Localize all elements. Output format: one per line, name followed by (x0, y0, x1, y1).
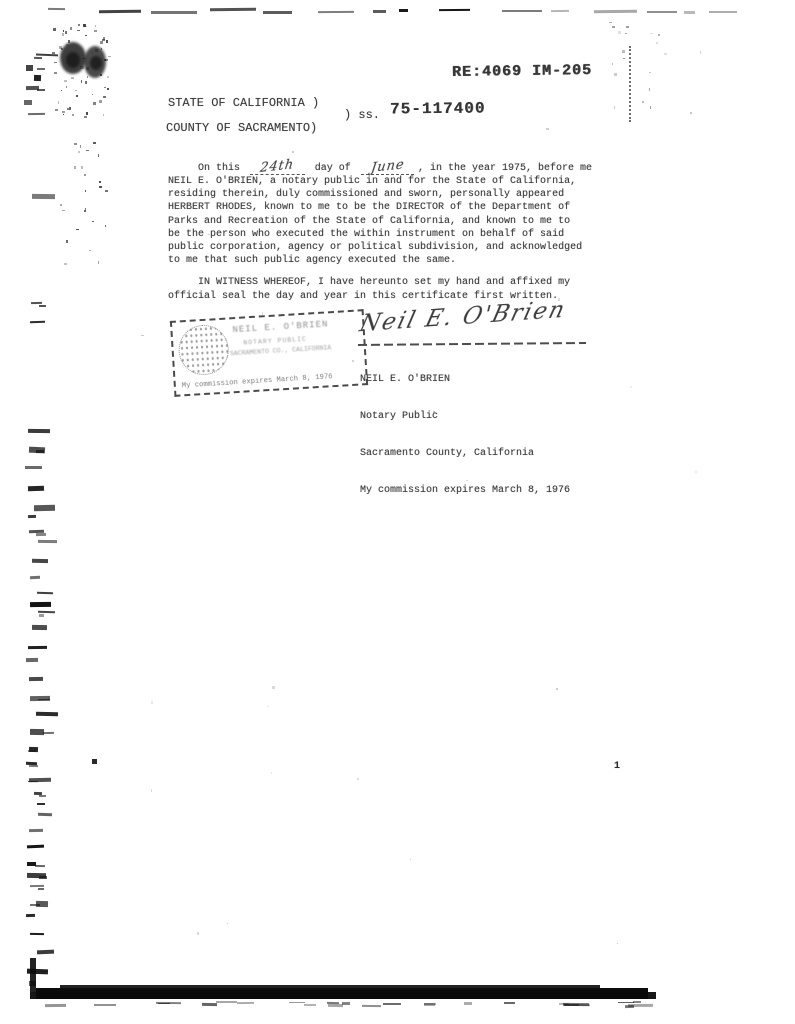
scan-mark (28, 646, 47, 649)
scan-mark (108, 56, 111, 57)
scan-mark (36, 450, 44, 453)
scanned-document-page: RE:4069 IM-205 STATE OF CALIFORNIA ) ) s… (0, 0, 795, 1024)
scan-mark (151, 701, 153, 703)
scan-mark (37, 950, 54, 954)
scan-mark (61, 90, 62, 91)
scan-mark (45, 1004, 66, 1007)
scan-mark (31, 302, 42, 304)
scan-mark (100, 74, 102, 77)
scan-mark (617, 943, 618, 944)
scan-mark (357, 778, 360, 781)
scan-mark (84, 174, 86, 176)
scan-mark (267, 706, 268, 707)
scan-mark (93, 142, 96, 144)
scan-mark (80, 66, 83, 69)
scan-mark (86, 26, 87, 27)
scan-mark (84, 210, 86, 212)
scan-mark (292, 151, 293, 152)
scan-mark (32, 194, 55, 200)
scan-mark (103, 37, 106, 40)
scan-mark (502, 10, 542, 12)
scan-mark (27, 968, 48, 973)
scan-mark (28, 113, 45, 116)
signer-title: Notary Public (360, 411, 570, 423)
scan-mark (54, 72, 57, 74)
scan-mark (84, 116, 87, 118)
scan-mark (43, 732, 54, 735)
scan-mark (100, 41, 102, 44)
scan-mark (649, 88, 650, 91)
scan-mark (107, 88, 109, 89)
scan-mark (626, 26, 628, 28)
scan-mark (27, 862, 36, 866)
scan-mark (29, 530, 44, 534)
scan-mark (304, 1004, 316, 1006)
scan-mark (141, 335, 144, 336)
scan-mark (633, 1001, 641, 1003)
scan-smudge (90, 56, 102, 70)
scan-mark (34, 505, 55, 511)
scan-mark (32, 625, 47, 630)
scan-mark (28, 750, 36, 752)
scan-mark (81, 166, 83, 169)
scan-mark (227, 923, 228, 924)
scan-mark (66, 44, 68, 45)
scan-mark (28, 429, 50, 434)
scan-mark (151, 11, 197, 14)
scan-mark (64, 263, 67, 265)
scan-mark (63, 114, 64, 116)
scan-mark (612, 63, 614, 65)
scan-mark (92, 759, 97, 764)
scan-mark (612, 26, 615, 27)
scan-mark (105, 225, 107, 226)
signature-typed-block: NEIL E. O'BRIEN Notary Public Sacramento… (360, 349, 570, 523)
ack-between: day of (309, 162, 357, 175)
scan-mark (87, 76, 89, 77)
scan-mark (30, 576, 40, 579)
scan-mark (26, 658, 38, 662)
scan-mark (271, 772, 273, 774)
scan-mark (62, 210, 65, 211)
scan-mark (658, 34, 660, 37)
scan-mark (55, 109, 58, 111)
scan-mark (92, 52, 94, 54)
scan-mark (54, 62, 57, 64)
scan-mark (628, 1003, 653, 1006)
scan-mark (37, 592, 53, 595)
scan-mark (37, 803, 45, 805)
scan-mark (695, 471, 697, 473)
scan-mark (28, 515, 36, 519)
scan-mark (107, 76, 109, 78)
scan-mark (69, 107, 71, 110)
scan-mark (68, 40, 70, 43)
scan-mark (31, 559, 47, 564)
scan-mark (83, 24, 85, 27)
scan-mark (85, 81, 87, 84)
scan-mark (650, 33, 653, 34)
scan-mark (82, 66, 85, 69)
scan-mark (62, 33, 64, 36)
scan-mark (29, 677, 43, 682)
scan-mark (76, 95, 78, 96)
scan-mark (618, 1002, 634, 1003)
scan-mark (34, 75, 41, 81)
scan-mark (563, 1003, 589, 1006)
scan-mark (197, 932, 199, 935)
scan-mark (103, 96, 106, 98)
day-blank-field: 24th (250, 161, 305, 175)
scan-mark (709, 11, 737, 13)
scan-mark (158, 1003, 170, 1004)
month-blank-field: June (361, 161, 414, 175)
scan-mark (614, 106, 615, 108)
scan-mark (30, 602, 51, 607)
scan-mark (30, 933, 44, 936)
scan-mark (86, 150, 89, 151)
signer-expiry: My commission expires March 8, 1976 (360, 485, 570, 497)
scan-mark (86, 67, 89, 70)
scan-smudge (66, 52, 80, 68)
scan-mark (94, 1003, 116, 1005)
scan-mark (78, 151, 80, 154)
scan-mark (62, 111, 65, 113)
scan-mark (38, 540, 57, 543)
scan-mark (80, 145, 82, 148)
ack-line1-end: , in the year 1975, before me (418, 162, 592, 175)
scan-mark (609, 22, 611, 24)
scan-mark (26, 65, 33, 71)
scan-mark (63, 30, 65, 32)
scan-mark (642, 101, 644, 103)
venue-ss-line: ) ss. (344, 108, 380, 122)
scan-mark (424, 1003, 435, 1006)
scan-mark (210, 8, 256, 12)
scan-mark (38, 888, 44, 890)
scan-mark (618, 31, 621, 33)
scan-mark (74, 166, 76, 169)
page-mark: 1 (614, 761, 620, 772)
scan-mark (92, 94, 93, 96)
scan-mark (362, 1004, 381, 1006)
scan-mark (684, 11, 695, 14)
scan-mark (35, 865, 45, 867)
scan-mark (67, 108, 69, 111)
scan-mark (289, 1002, 305, 1003)
instrument-number: 75-117400 (390, 100, 486, 119)
scan-mark (30, 885, 44, 887)
scan-mark (89, 250, 91, 252)
scan-smudge (36, 988, 648, 999)
scan-mark (58, 101, 59, 104)
scan-mark (29, 778, 51, 782)
scan-mark (29, 981, 36, 986)
scan-mark (98, 154, 99, 157)
scan-mark (690, 112, 692, 114)
scan-mark (61, 48, 63, 50)
scan-mark (546, 128, 549, 131)
scan-mark (101, 48, 103, 50)
scan-mark (77, 30, 80, 31)
scan-mark (59, 46, 62, 49)
scan-mark (551, 10, 569, 13)
scan-mark (373, 10, 386, 13)
scan-mark (76, 229, 78, 230)
scan-mark (594, 10, 637, 14)
scan-mark (656, 42, 658, 44)
scan-mark (81, 80, 82, 83)
scan-mark (29, 765, 38, 767)
scan-mark (272, 686, 274, 689)
scan-mark (664, 53, 667, 54)
scan-mark (64, 80, 67, 82)
acknowledgment-body: NEIL E. O'BRIEN, a notary public in and … (168, 175, 592, 267)
signer-name: NEIL E. O'BRIEN (360, 374, 570, 386)
scan-mark (556, 688, 558, 690)
scan-mark (39, 305, 46, 307)
scan-mark (105, 190, 108, 192)
scan-mark (328, 1004, 343, 1007)
scan-mark (650, 106, 651, 109)
scan-mark (29, 829, 43, 832)
scan-mark (99, 181, 101, 183)
scan-mark (99, 10, 141, 14)
scan-mark (106, 40, 108, 42)
scan-mark (103, 114, 105, 116)
scan-mark (66, 240, 69, 243)
scan-mark (38, 813, 52, 816)
scan-mark (564, 1004, 579, 1006)
scan-mark (104, 87, 106, 88)
venue-county-line: COUNTY OF SACRAMENTO) (166, 121, 317, 135)
notary-rubber-stamp: NEIL E. O'BRIEN NOTARY PUBLIC SACRAMENTO… (170, 309, 368, 397)
scan-mark (39, 614, 44, 617)
scan-mark (38, 610, 56, 613)
scan-mark (622, 50, 624, 53)
scan-mark (151, 789, 152, 791)
scan-mark (318, 11, 354, 14)
scan-mark (156, 1002, 181, 1004)
scan-mark (410, 859, 411, 861)
scan-mark (39, 876, 47, 879)
signer-location: Sacramento County, California (360, 448, 570, 460)
scan-mark (104, 59, 106, 61)
acknowledgment-line1: On this 24th day of June, in the year 19… (168, 160, 592, 175)
scan-mark (70, 27, 73, 29)
scan-mark (623, 58, 625, 59)
scan-mark (71, 77, 74, 79)
scan-mark (625, 33, 627, 34)
scan-smudge (30, 992, 656, 999)
scan-mark (26, 914, 35, 917)
signature-line (358, 342, 586, 346)
acknowledgment-paragraph: On this 24th day of June, in the year 19… (168, 160, 592, 303)
scan-mark (95, 49, 98, 52)
stamp-notary-name: NEIL E. O'BRIEN (232, 319, 328, 335)
scan-mark (263, 10, 292, 13)
scan-mark (383, 1003, 401, 1005)
scan-mark (37, 89, 45, 91)
scan-mark (99, 100, 102, 103)
scan-mark (28, 485, 44, 491)
scan-mark (327, 1002, 339, 1004)
scan-mark (36, 901, 48, 907)
scan-mark (649, 72, 651, 73)
venue-state-line: STATE OF CALIFORNIA ) (168, 96, 319, 110)
scan-mark (438, 9, 469, 11)
scan-mark (27, 873, 46, 879)
scan-mark (37, 68, 45, 70)
scan-mark (625, 1005, 634, 1008)
scan-mark (424, 1003, 436, 1006)
stamp-notary-title: NOTARY PUBLIC (243, 336, 307, 347)
scan-mark (30, 904, 40, 906)
scan-mark (99, 186, 102, 189)
scan-mark (30, 696, 50, 701)
scan-mark (93, 102, 96, 105)
scan-smudge (30, 958, 36, 992)
scan-mark (504, 1002, 515, 1004)
scan-mark (105, 59, 107, 61)
scan-mark (78, 24, 80, 26)
scan-smudge (84, 46, 106, 78)
ack-opening: On this (198, 162, 246, 175)
recorder-stamp-text: RE:4069 IM-205 (452, 62, 592, 81)
scan-mark (66, 86, 67, 88)
scan-mark (48, 8, 65, 11)
scan-mark (30, 320, 45, 323)
scan-mark (29, 747, 38, 752)
scan-mark (34, 57, 42, 59)
scan-mark (95, 25, 97, 27)
scan-mark (98, 261, 100, 264)
dotted-vertical-mark (629, 46, 631, 122)
scan-mark (25, 466, 42, 469)
scan-mark (342, 1002, 350, 1005)
scan-mark (34, 792, 42, 796)
stamp-commission-expiry: My commission expires March 8, 1976 (182, 373, 333, 390)
scan-mark (464, 1002, 472, 1005)
scan-smudge (60, 42, 86, 74)
scan-mark (60, 204, 62, 206)
scan-mark (30, 729, 44, 735)
scan-mark (700, 51, 701, 54)
scan-mark (85, 35, 87, 36)
scan-mark (53, 28, 56, 30)
scan-mark (36, 54, 58, 57)
scan-mark (75, 90, 77, 91)
scan-mark (36, 711, 58, 715)
scan-mark (36, 533, 46, 536)
scan-mark (82, 58, 85, 59)
scan-mark (74, 143, 77, 145)
notary-seal-icon (177, 324, 230, 377)
scan-mark (85, 190, 86, 192)
scan-mark (52, 52, 55, 54)
scan-mark (559, 1003, 569, 1005)
handwritten-month: June (370, 158, 405, 175)
scan-mark (614, 73, 616, 75)
scan-mark (647, 11, 677, 13)
scan-mark (202, 1003, 217, 1006)
scan-mark (38, 699, 50, 700)
scan-mark (26, 86, 39, 90)
scan-mark (237, 1002, 254, 1004)
scan-mark (25, 762, 36, 765)
scan-mark (29, 447, 45, 453)
scan-mark (27, 844, 44, 848)
scan-mark (94, 30, 97, 32)
scan-mark (102, 39, 105, 41)
scan-mark (216, 1001, 237, 1003)
scan-mark (630, 386, 632, 389)
scan-mark (399, 9, 408, 12)
scan-smudge (60, 985, 600, 990)
handwritten-day: 24th (259, 158, 295, 175)
scan-mark (28, 781, 38, 783)
scan-mark (39, 795, 46, 797)
scan-mark (92, 221, 94, 223)
scan-mark (24, 100, 32, 105)
scan-mark (85, 208, 86, 210)
scan-mark (86, 112, 88, 115)
scan-mark (564, 1004, 590, 1006)
scan-mark (72, 114, 75, 116)
scan-mark (65, 31, 67, 34)
